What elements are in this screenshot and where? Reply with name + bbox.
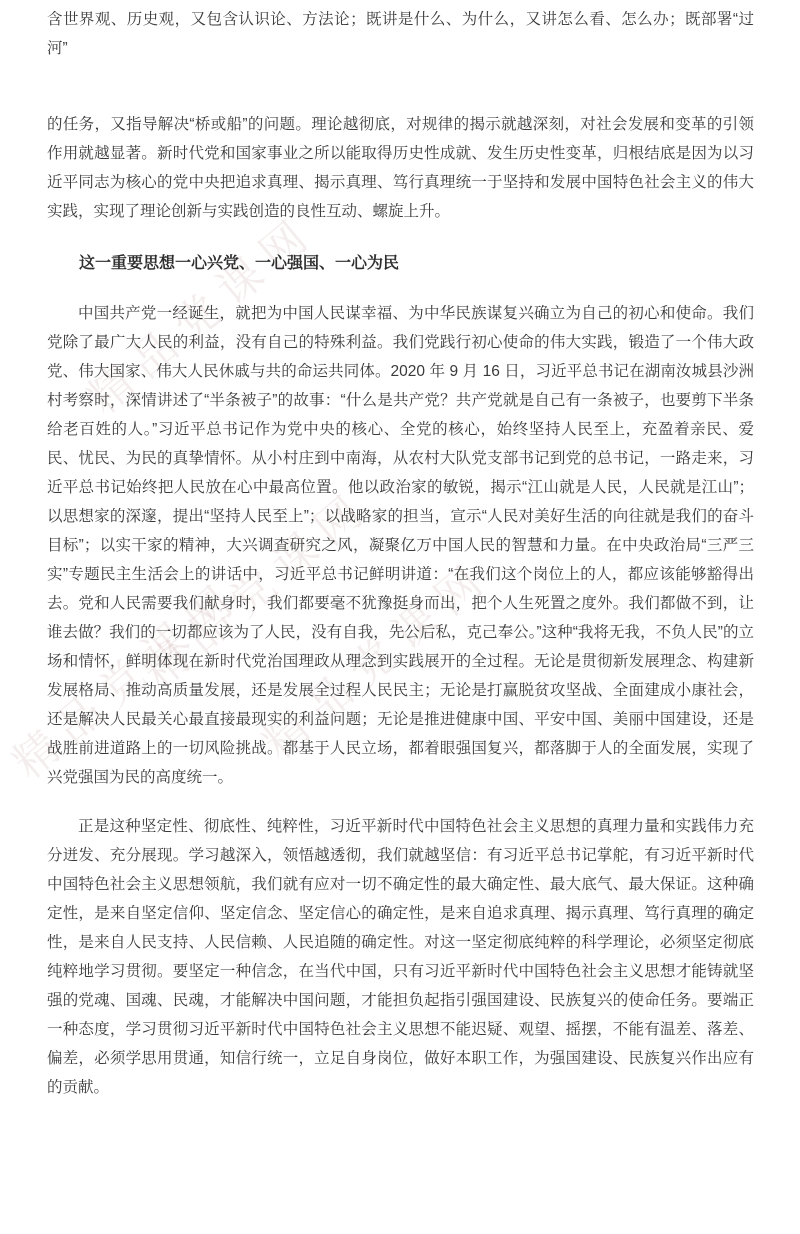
- section-heading: 这一重要思想一心兴党、一心强国、一心为民: [47, 249, 754, 278]
- body-paragraph-2: 正是这种坚定性、彻底性、纯粹性，习近平新时代中国特色社会主义思想的真理力量和实践…: [47, 812, 754, 1102]
- body-paragraph-1: 中国共产党一经诞生，就把为中国人民谋幸福、为中华民族谋复兴确立为自己的初心和使命…: [47, 299, 754, 792]
- carryover-line: 含世界观、历史观，又包含认识论、方法论；既讲是什么、为什么，又讲怎么看、怎么办；…: [47, 5, 754, 63]
- document-content: 含世界观、历史观，又包含认识论、方法论；既讲是什么、为什么，又讲怎么看、怎么办；…: [47, 5, 754, 1102]
- carryover-paragraph: 的任务，又指导解决“桥或船”的问题。理论越彻底，对规律的揭示就越深刻，对社会发展…: [47, 110, 754, 226]
- document-page: 精品党课网精品党课网精品党课网精品党课网 含世界观、历史观，又包含认识论、方法论…: [0, 0, 800, 1234]
